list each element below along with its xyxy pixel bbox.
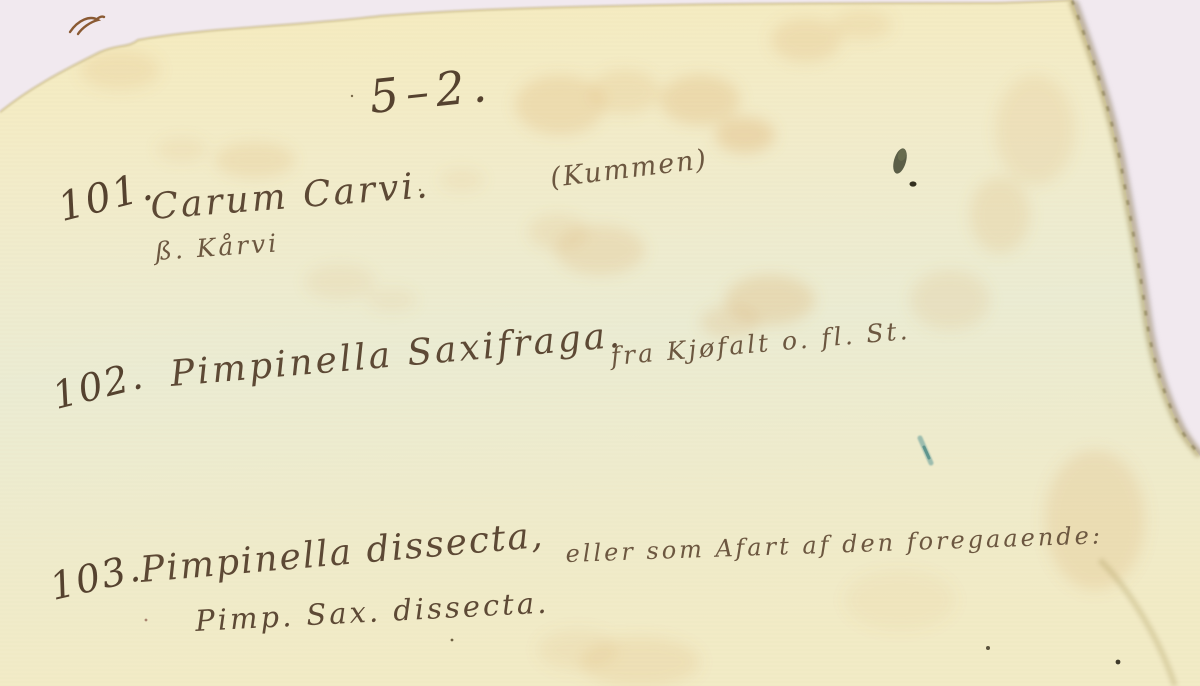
manuscript-photo: 5–2. 101. Carum Carvi. (Kummen) ß. Kårvi… xyxy=(0,0,1200,686)
page-number: 5–2. xyxy=(367,61,495,120)
